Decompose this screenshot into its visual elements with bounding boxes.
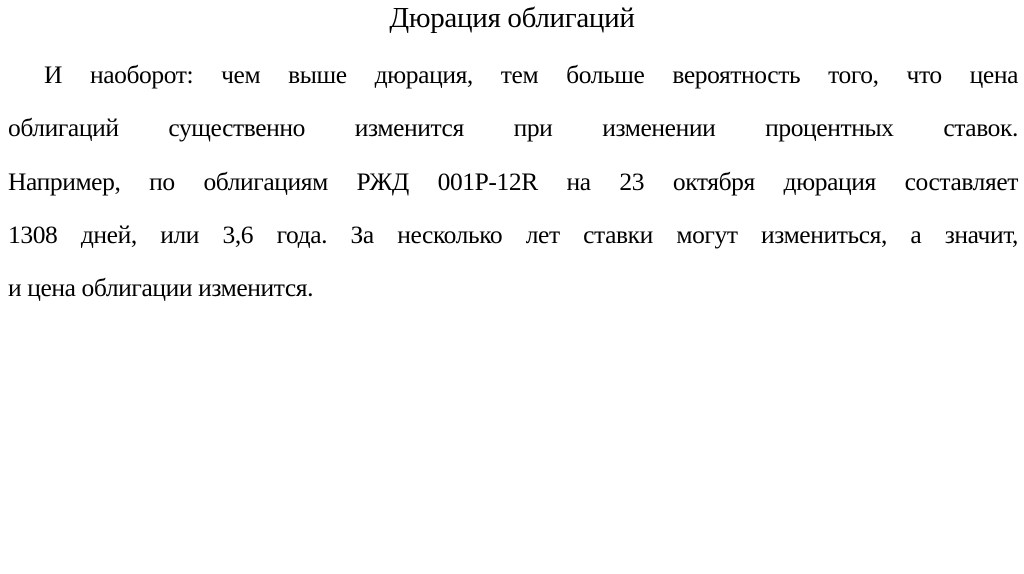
paragraph-line: облигаций существенно изменится при изме…	[8, 101, 1018, 154]
slide: Дюрация облигаций И наоборот: чем выше д…	[0, 0, 1024, 574]
paragraph-line: 1308 дней, или 3,6 года. За несколько ле…	[8, 208, 1018, 261]
paragraph-line: Например, по облигациям РЖД 001P-12R на …	[8, 155, 1018, 208]
paragraph-line: И наоборот: чем выше дюрация, тем больше…	[8, 48, 1018, 101]
slide-title: Дюрация облигаций	[0, 0, 1024, 36]
slide-paragraph: И наоборот: чем выше дюрация, тем больше…	[8, 48, 1018, 314]
paragraph-line: и цена облигации изменится.	[8, 261, 1018, 314]
